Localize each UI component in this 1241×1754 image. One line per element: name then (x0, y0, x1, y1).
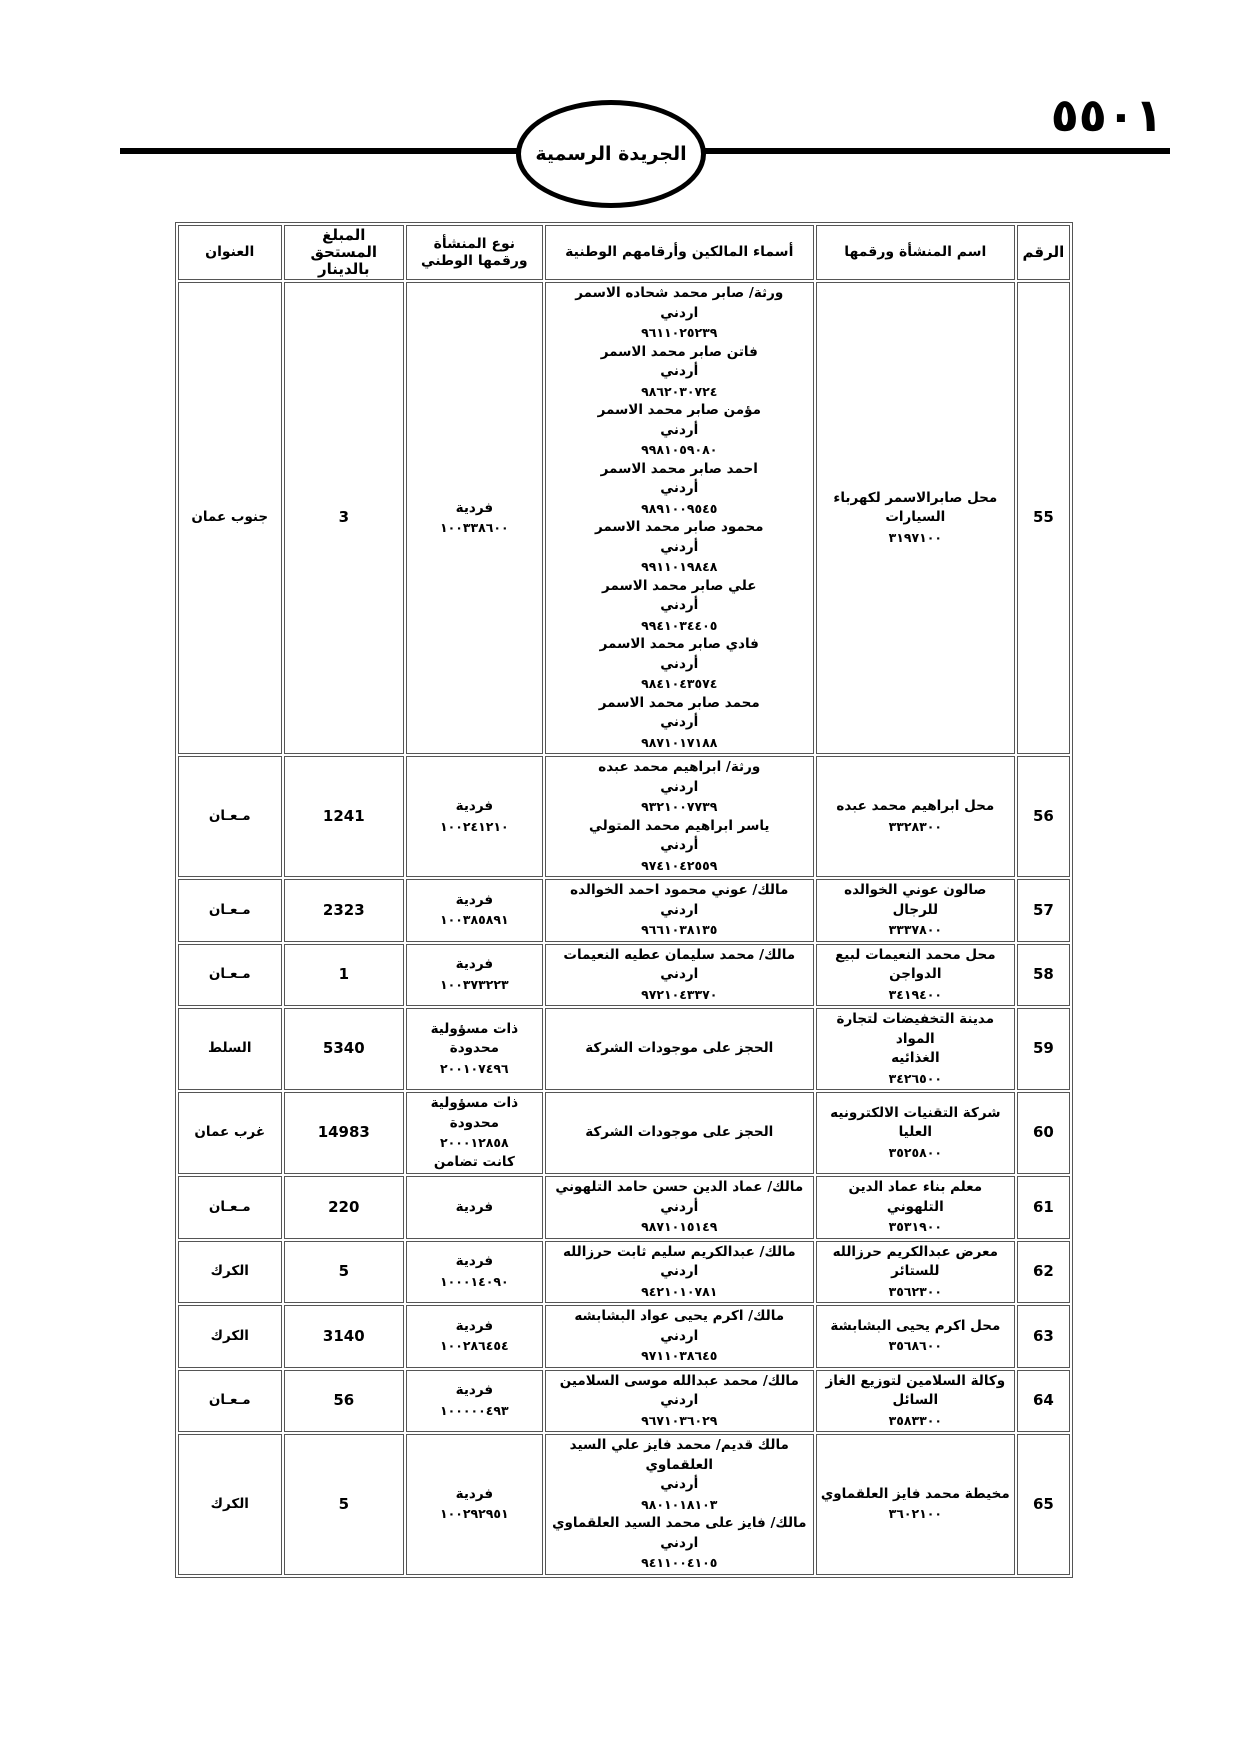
row-number: 62 (1017, 1241, 1070, 1304)
type-cell: فردية١٠٠٠٠٠٤٩٣ (406, 1370, 543, 1433)
text-line: محمود صابر محمد الاسمر (549, 518, 810, 538)
text-line: محل اكرم يحيى البشابشة (820, 1317, 1011, 1337)
text-line: الحجز على موجودات الشركة (549, 1123, 810, 1143)
text-line: اردني (549, 965, 810, 985)
address-cell: السلط (178, 1008, 282, 1090)
page-number: ٥٥٠١ (1051, 92, 1163, 138)
text-line: مالك قديم/ محمد فايز علي السيد العلقماوي (549, 1436, 810, 1475)
type-cell: فردية (406, 1176, 543, 1239)
national-number: ١٠٠٢٩٢٩٥١ (410, 1504, 539, 1524)
text-line: صالون عوني الخوالده للرجال (820, 881, 1011, 920)
type-cell: فردية١٠٠٢٨٦٤٥٤ (406, 1305, 543, 1368)
amount-cell: 2323 (284, 879, 405, 942)
national-number: ٩٦٦١٠٣٨١٣٥ (549, 920, 810, 940)
national-number: ١٠٠٣٣٨٦٠٠ (410, 518, 539, 538)
national-number: ١٠٠٠١٤٠٩٠ (410, 1272, 539, 1292)
address-cell: الكرك (178, 1434, 282, 1575)
amount-cell: 1241 (284, 756, 405, 877)
establishment-cell: محل اكرم يحيى البشابشة٣٥٦٨٦٠٠ (816, 1305, 1015, 1368)
text-line: مدينة التخفيضات لتجارة المواد (820, 1010, 1011, 1049)
text-line: ذات مسؤولية (410, 1094, 539, 1114)
header-number: الرقم (1017, 225, 1070, 280)
text-line: فادي صابر محمد الاسمر (549, 635, 810, 655)
text-line: فردية (410, 955, 539, 975)
text-line: أردني (549, 836, 810, 856)
text-line: اردني (549, 778, 810, 798)
text-line: أردني (549, 1198, 810, 1218)
owners-cell: مالك/ محمد عبدالله موسى السلاميناردني٩٦٧… (545, 1370, 814, 1433)
table-row: 61معلم بناء عماد الدين التلهوني٣٥٣١٩٠٠ما… (178, 1176, 1070, 1239)
amount-cell: 3 (284, 282, 405, 754)
row-number: 65 (1017, 1434, 1070, 1575)
text-line: معرض عبدالكريم حرزالله للستائر (820, 1243, 1011, 1282)
type-cell: فردية١٠٠٣٨٥٨٩١ (406, 879, 543, 942)
text-line: أردني (549, 421, 810, 441)
header-type: نوع المنشأة ورقمها الوطني (406, 225, 543, 280)
text-line: محل ابراهيم محمد عبده (820, 797, 1011, 817)
address-cell: مـعـان (178, 944, 282, 1007)
address-cell: مـعـان (178, 879, 282, 942)
text-line: أردني (549, 479, 810, 499)
owners-cell: مالك/ عبدالكريم سليم ثابت حرزاللهاردني٩٤… (545, 1241, 814, 1304)
national-number: ١٠٠٢٨٦٤٥٤ (410, 1336, 539, 1356)
text-line: فردية (410, 1252, 539, 1272)
address-cell: الكرك (178, 1241, 282, 1304)
establishment-cell: معلم بناء عماد الدين التلهوني٣٥٣١٩٠٠ (816, 1176, 1015, 1239)
text-line: مالك/ محمد سليمان عطيه النعيمات (549, 946, 810, 966)
national-number: ٣٥٨٣٣٠٠ (820, 1411, 1011, 1431)
national-number: ٣٥٦٨٦٠٠ (820, 1336, 1011, 1356)
row-number: 61 (1017, 1176, 1070, 1239)
address-cell: مـعـان (178, 1176, 282, 1239)
table-row: 65مخيطة محمد فايز العلقماوي٣٦٠٢١٠٠مالك ق… (178, 1434, 1070, 1575)
national-number: ٣٥٢٥٨٠٠ (820, 1143, 1011, 1163)
type-cell: فردية١٠٠٢٩٢٩٥١ (406, 1434, 543, 1575)
national-number: ٣٥٣١٩٠٠ (820, 1217, 1011, 1237)
national-number: ٩٩٤١٠٣٤٤٠٥ (549, 616, 810, 636)
type-cell: فردية١٠٠٠١٤٠٩٠ (406, 1241, 543, 1304)
national-number: ١٠٠٠٠٠٤٩٣ (410, 1401, 539, 1421)
text-line: اردني (549, 304, 810, 324)
text-line: أردني (549, 1475, 810, 1495)
text-line: اردني (549, 901, 810, 921)
table-row: 56محل ابراهيم محمد عبده٣٣٢٨٣٠٠ورثة/ ابرا… (178, 756, 1070, 877)
national-number: ٩٨٤١٠٤٣٥٧٤ (549, 674, 810, 694)
table-header-row: الرقم اسم المنشأة ورقمها أسماء المالكين … (178, 225, 1070, 280)
owners-cell: الحجز على موجودات الشركة (545, 1092, 814, 1174)
table-row: 60شركة التقنيات الالكترونيه العليا٣٥٢٥٨٠… (178, 1092, 1070, 1174)
national-number: ٩٧٢١٠٤٣٣٧٠ (549, 985, 810, 1005)
header-owners: أسماء المالكين وأرقامهم الوطنية (545, 225, 814, 280)
establishment-cell: مخيطة محمد فايز العلقماوي٣٦٠٢١٠٠ (816, 1434, 1015, 1575)
national-number: ٩٦٧١٠٣٦٠٢٩ (549, 1411, 810, 1431)
text-line: مالك/ عماد الدين حسن حامد التلهوني (549, 1178, 810, 1198)
row-number: 59 (1017, 1008, 1070, 1090)
type-cell: ذات مسؤوليةمحدودة٢٠٠٠١٢٨٥٨كانت تضامن (406, 1092, 543, 1174)
national-number: ٩٣٢١٠٠٧٧٣٩ (549, 797, 810, 817)
row-number: 55 (1017, 282, 1070, 754)
text-line: مؤمن صابر محمد الاسمر (549, 401, 810, 421)
establishment-cell: محل صابرالاسمر لكهرباءالسيارات٣١٩٧١٠٠ (816, 282, 1015, 754)
text-line: أردني (549, 362, 810, 382)
national-number: ٩٨٧١٠١٥١٤٩ (549, 1217, 810, 1237)
address-cell: غرب عمان (178, 1092, 282, 1174)
text-line: اردني (549, 1327, 810, 1347)
text-line: أردني (549, 655, 810, 675)
text-line: السيارات (820, 508, 1011, 528)
amount-cell: 5 (284, 1434, 405, 1575)
table-row: 62معرض عبدالكريم حرزالله للستائر٣٥٦٢٣٠٠م… (178, 1241, 1070, 1304)
national-number: ١٠٠٣٧٣٢٢٣ (410, 975, 539, 995)
row-number: 58 (1017, 944, 1070, 1007)
owners-cell: مالك/ عوني محمود احمد الخوالدهاردني٩٦٦١٠… (545, 879, 814, 942)
national-number: ٩٤١١٠٠٤١٠٥ (549, 1553, 810, 1573)
text-line: أردني (549, 596, 810, 616)
registry-table: الرقم اسم المنشأة ورقمها أسماء المالكين … (175, 222, 1073, 1578)
masthead-oval: الجريدة الرسمية (516, 100, 706, 208)
text-line: أردني (549, 538, 810, 558)
text-line: فردية (410, 499, 539, 519)
table-row: 57صالون عوني الخوالده للرجال٣٣٣٧٨٠٠مالك/… (178, 879, 1070, 942)
national-number: ٩٨٩١٠٠٩٥٤٥ (549, 499, 810, 519)
text-line: احمد صابر محمد الاسمر (549, 460, 810, 480)
national-number: ٩٨٦٢٠٣٠٧٢٤ (549, 382, 810, 402)
text-line: اردني (549, 1391, 810, 1411)
text-line: مالك/ محمد عبدالله موسى السلامين (549, 1372, 810, 1392)
text-line: السائل (820, 1391, 1011, 1411)
text-line: معلم بناء عماد الدين التلهوني (820, 1178, 1011, 1217)
text-line: مالك/ فايز على محمد السيد العلقماوي (549, 1514, 810, 1534)
type-cell: فردية١٠٠٢٤١٢١٠ (406, 756, 543, 877)
text-line: الغذائيه (820, 1049, 1011, 1069)
amount-cell: 14983 (284, 1092, 405, 1174)
text-line: اردني (549, 1262, 810, 1282)
text-line: فردية (410, 1198, 539, 1218)
establishment-cell: معرض عبدالكريم حرزالله للستائر٣٥٦٢٣٠٠ (816, 1241, 1015, 1304)
national-number: ٩٨٧١٠١٧١٨٨ (549, 733, 810, 753)
address-cell: جنوب عمان (178, 282, 282, 754)
national-number: ٣٤٢٦٥٠٠ (820, 1069, 1011, 1089)
header-establishment: اسم المنشأة ورقمها (816, 225, 1015, 280)
header-amount: المبلغ المستحق بالدينار (284, 225, 405, 280)
national-number: ٢٠٠٠١٢٨٥٨ (410, 1133, 539, 1153)
national-number: ٩٧٤١٠٤٢٥٥٩ (549, 856, 810, 876)
type-cell: ذات مسؤوليةمحدودة٢٠٠١٠٧٤٩٦ (406, 1008, 543, 1090)
national-number: ٩٩٨١٠٥٩٠٨٠ (549, 440, 810, 460)
row-number: 57 (1017, 879, 1070, 942)
type-cell: فردية١٠٠٣٧٣٢٢٣ (406, 944, 543, 1007)
establishment-cell: مدينة التخفيضات لتجارة الموادالغذائيه٣٤٢… (816, 1008, 1015, 1090)
establishment-cell: شركة التقنيات الالكترونيه العليا٣٥٢٥٨٠٠ (816, 1092, 1015, 1174)
type-cell: فردية١٠٠٣٣٨٦٠٠ (406, 282, 543, 754)
national-number: ٣٤١٩٤٠٠ (820, 985, 1011, 1005)
establishment-cell: وكالة السلامين لتوزيع الغازالسائل٣٥٨٣٣٠٠ (816, 1370, 1015, 1433)
text-line: كانت تضامن (410, 1153, 539, 1173)
owners-cell: مالك قديم/ محمد فايز علي السيد العلقماوي… (545, 1434, 814, 1575)
owners-cell: مالك/ اكرم يحيى عواد البشابشهاردني٩٧١١٠٣… (545, 1305, 814, 1368)
table-row: 63محل اكرم يحيى البشابشة٣٥٦٨٦٠٠مالك/ اكر… (178, 1305, 1070, 1368)
amount-cell: 5 (284, 1241, 405, 1304)
national-number: ٩٩١١٠١٩٨٤٨ (549, 557, 810, 577)
row-number: 63 (1017, 1305, 1070, 1368)
text-line: فردية (410, 1485, 539, 1505)
text-line: اردني (549, 1534, 810, 1554)
national-number: ٩٧١١٠٣٨٦٤٥ (549, 1346, 810, 1366)
establishment-cell: محل محمد النعيمات لبيع الدواجن٣٤١٩٤٠٠ (816, 944, 1015, 1007)
address-cell: الكرك (178, 1305, 282, 1368)
national-number: ٩٦١١٠٢٥٢٣٩ (549, 323, 810, 343)
national-number: ٩٤٢١٠١٠٧٨١ (549, 1282, 810, 1302)
establishment-cell: صالون عوني الخوالده للرجال٣٣٣٧٨٠٠ (816, 879, 1015, 942)
text-line: فردية (410, 1381, 539, 1401)
national-number: ٣١٩٧١٠٠ (820, 528, 1011, 548)
text-line: محدودة (410, 1039, 539, 1059)
table-row: 58محل محمد النعيمات لبيع الدواجن٣٤١٩٤٠٠م… (178, 944, 1070, 1007)
amount-cell: 1 (284, 944, 405, 1007)
text-line: فردية (410, 1317, 539, 1337)
national-number: ٩٨٠١٠١٨١٠٣ (549, 1495, 810, 1515)
header-address: العنوان (178, 225, 282, 280)
row-number: 56 (1017, 756, 1070, 877)
table-row: 59مدينة التخفيضات لتجارة الموادالغذائيه٣… (178, 1008, 1070, 1090)
owners-cell: مالك/ محمد سليمان عطيه النعيماتاردني٩٧٢١… (545, 944, 814, 1007)
table-row: 64وكالة السلامين لتوزيع الغازالسائل٣٥٨٣٣… (178, 1370, 1070, 1433)
table-row: 55محل صابرالاسمر لكهرباءالسيارات٣١٩٧١٠٠و… (178, 282, 1070, 754)
text-line: محدودة (410, 1114, 539, 1134)
text-line: أردني (549, 713, 810, 733)
gazette-title: الجريدة الرسمية (535, 143, 686, 165)
text-line: مالك/ عوني محمود احمد الخوالده (549, 881, 810, 901)
text-line: فردية (410, 797, 539, 817)
address-cell: مـعـان (178, 1370, 282, 1433)
national-number: ٣٣٢٨٣٠٠ (820, 817, 1011, 837)
address-cell: مـعـان (178, 756, 282, 877)
text-line: فردية (410, 891, 539, 911)
row-number: 64 (1017, 1370, 1070, 1433)
amount-cell: 220 (284, 1176, 405, 1239)
owners-cell: ورثة/ ابراهيم محمد عبدهاردني٩٣٢١٠٠٧٧٣٩يا… (545, 756, 814, 877)
text-line: فاتن صابر محمد الاسمر (549, 343, 810, 363)
establishment-cell: محل ابراهيم محمد عبده٣٣٢٨٣٠٠ (816, 756, 1015, 877)
table-body: 55محل صابرالاسمر لكهرباءالسيارات٣١٩٧١٠٠و… (178, 282, 1070, 1575)
text-line: محل محمد النعيمات لبيع الدواجن (820, 946, 1011, 985)
national-number: ٢٠٠١٠٧٤٩٦ (410, 1059, 539, 1079)
amount-cell: 3140 (284, 1305, 405, 1368)
text-line: محمد صابر محمد الاسمر (549, 694, 810, 714)
text-line: ورثة/ صابر محمد شحاده الاسمر (549, 284, 810, 304)
text-line: مالك/ عبدالكريم سليم ثابت حرزالله (549, 1243, 810, 1263)
text-line: محل صابرالاسمر لكهرباء (820, 489, 1011, 509)
owners-cell: ورثة/ صابر محمد شحاده الاسمراردني٩٦١١٠٢٥… (545, 282, 814, 754)
owners-cell: مالك/ عماد الدين حسن حامد التلهونيأردني٩… (545, 1176, 814, 1239)
owners-cell: الحجز على موجودات الشركة (545, 1008, 814, 1090)
national-number: ٣٦٠٢١٠٠ (820, 1504, 1011, 1524)
national-number: ٣٥٦٢٣٠٠ (820, 1282, 1011, 1302)
national-number: ١٠٠٣٨٥٨٩١ (410, 910, 539, 930)
amount-cell: 5340 (284, 1008, 405, 1090)
text-line: ذات مسؤولية (410, 1020, 539, 1040)
text-line: ياسر ابراهيم محمد المتولي (549, 817, 810, 837)
national-number: ١٠٠٢٤١٢١٠ (410, 817, 539, 837)
amount-cell: 56 (284, 1370, 405, 1433)
text-line: وكالة السلامين لتوزيع الغاز (820, 1372, 1011, 1392)
text-line: مخيطة محمد فايز العلقماوي (820, 1485, 1011, 1505)
row-number: 60 (1017, 1092, 1070, 1174)
text-line: ورثة/ ابراهيم محمد عبده (549, 758, 810, 778)
national-number: ٣٣٣٧٨٠٠ (820, 920, 1011, 940)
text-line: مالك/ اكرم يحيى عواد البشابشه (549, 1307, 810, 1327)
text-line: الحجز على موجودات الشركة (549, 1039, 810, 1059)
text-line: شركة التقنيات الالكترونيه العليا (820, 1104, 1011, 1143)
text-line: علي صابر محمد الاسمر (549, 577, 810, 597)
